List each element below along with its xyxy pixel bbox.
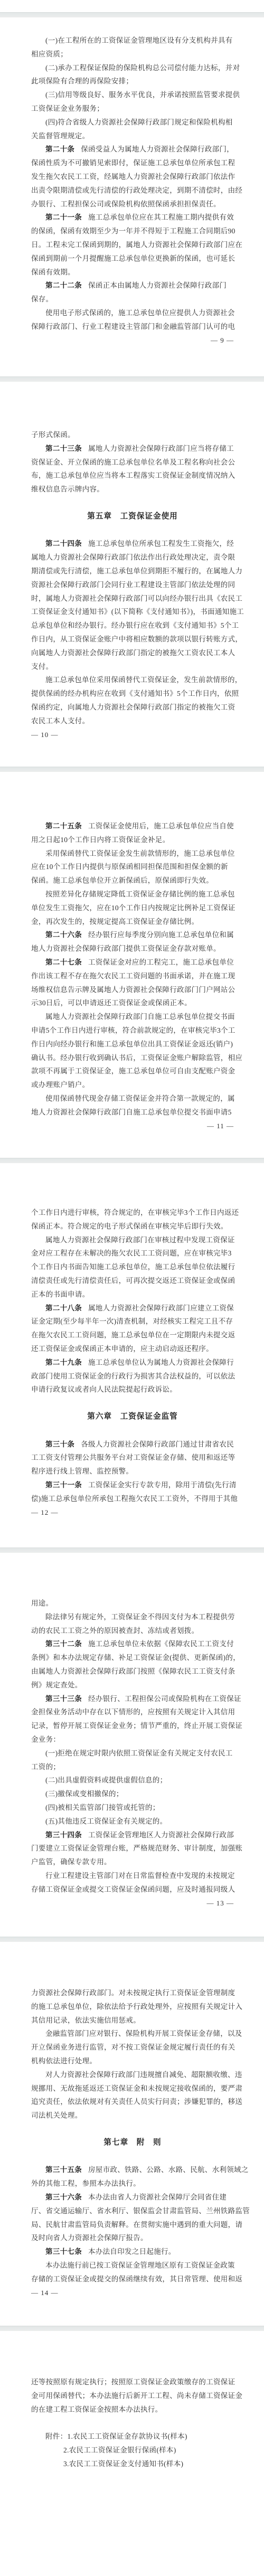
blank-line (31, 496, 234, 510)
text-line: 保存。 (31, 292, 234, 306)
text-line: 动的农民工工资之外的原因被查封、冻结或者划拨。 (31, 1624, 234, 1638)
article-line: 第二十一条施工总承包单位应在其工程施工期内提供有效 (31, 211, 234, 224)
text-line: 金，再次发生的，按规定提高工资保证金存储比例。 (31, 915, 234, 929)
text-line: 偿)施工总承包单位所承包工程拖欠农民工工资外，不得用于其他 (31, 1492, 234, 1506)
text-line: 金可用保函替代；本办法施行后新开工工程、尚未存储工资保证金 (31, 2389, 234, 2403)
blank-line (31, 2122, 234, 2136)
text-line: 属地人力资源社会保障行政部门依法作出行政处理决定，责令限 (31, 551, 234, 564)
text-line: 记录，暂停开展工资保证金业务；情节严重的，终止开展工资保证 (31, 1719, 234, 1733)
page-number: — 12 — (31, 1506, 234, 1520)
text-line: 机构依法进行处理。 (31, 2054, 234, 2068)
article-text: 工资保证金实行专款专用，除用于清偿(先行清 (88, 1481, 237, 1489)
blank-line (31, 2150, 234, 2164)
blank-line (31, 2416, 234, 2430)
text-line: 及时向省人力资源社会保障厅报告。 (31, 2231, 234, 2245)
text-line: 按照差异化存储规定降低工资保证金存储比例的施工总承包 (31, 888, 234, 901)
article-text: 属地人力资源社会保障行政部门应建立工资保 (88, 1304, 234, 1312)
article-line: 第二十三条属地人力资源社会保障行政部门应当将存储工 (31, 442, 234, 456)
text-line: 相应资质； (31, 48, 234, 61)
text-line: 金担保业务活动中存在以下情形的，应按照有关规定计入其信用 (31, 1705, 234, 1719)
text-line: 此项保险有合理的再保险安排； (31, 74, 234, 88)
article-text: 保函正本由属地人力资源社会保障行政部门 (88, 281, 227, 289)
previous-page-bottom (0, 0, 264, 12)
page-number: — 11 — (31, 1119, 234, 1133)
page-10: 子形式保函。第二十三条属地人力资源社会保障行政部门应当将存储工资保证金、开立保函… (0, 382, 264, 767)
text-line: 个工作日内进行审核，符合规定的，在审核完毕3个工作日内返还 (31, 1206, 234, 1220)
text-line: 保障行政部门、行业工程建设主管部门和金融监管部门认可的电 (31, 320, 234, 334)
article-number: 第二十条 (45, 145, 74, 153)
text-line: 在拖欠农民工工资问题，施工总承包单位在一定期限内未提交返 (31, 1328, 234, 1342)
text-line: 布，施工总承包单位应当将本工程落实工资保证金制度情况纳入 (31, 469, 234, 483)
text-line: 正本的书面申请。 (31, 1288, 234, 1301)
text-line: 款项不再属于工资保证金，施工总承包单位可自由支配账户资金 (31, 1064, 234, 1078)
page-15: 还等按照原有规定执行；按照原工资保证金政策缴存的工资保证金可用保函替代；本办法施… (0, 2331, 264, 2576)
text-line: 厅、省交通运输厅、省水利厅、银保监会甘肃监管局、兰州铁路监管 (31, 2204, 234, 2218)
text-line: 条例》和本办法规定存储、补足工资保证金(提供、更新保函)的， (31, 1651, 234, 1665)
page-9: (一)在工程所在的工资保证金管理地区设有分支机构并具有相应资质；(二)承办工程保… (0, 17, 264, 376)
chapter-heading: 第六章 工资保证金监管 (31, 1410, 234, 1424)
text-line: 规挪用、无故拖延返还工资保证金和未按规定接收保函的，要严肃 (31, 2082, 234, 2096)
article-line: 第二十六条经办银行应每季度分别向施工总承包单位和属 (31, 928, 234, 942)
page-separator (0, 376, 264, 382)
text-line: 力资源社会保障行政部门。对未按规定执行工资保证金管理制度 (31, 1986, 234, 2000)
text-line: (四)被相关监管部门接管或托管的； (31, 1801, 234, 1815)
text-line: 保函正本。符合规定的电子形式保函在审核完毕后即行失效。 (31, 1220, 234, 1233)
text-line: 使用电子形式保函的，施工总承包单位应提供人力资源社会 (31, 306, 234, 320)
text-line: 清偿责任或先行清偿责任后，可再次提交返还工资保证金或保函 (31, 1274, 234, 1288)
text-line: 关监督管理规定。 (31, 129, 234, 143)
text-line: 或办理账户销户。 (31, 1078, 234, 1092)
text-line: 作日内向经办银行和施工总承包单位出具工资保证金返还(销户) (31, 1037, 234, 1051)
document-scroll-view[interactable]: (一)在工程所在的工资保证金管理地区设有分支机构并具有相应资质；(二)承办工程保… (0, 0, 264, 2576)
text-line: 金对应工程存在未解决的拖欠农民工工资问题，应在审核完毕3 (31, 1247, 234, 1260)
text-line: 局、民航甘肃监管局负责解释。在贯彻实施中遇到的重大问题，请 (31, 2218, 234, 2232)
text-line: 3.农民工工资保证金支付通知书(样本) (31, 2457, 234, 2471)
article-number: 第三十三条 (45, 1695, 82, 1703)
article-line: 第二十九条施工总承包单位认为属地人力资源社会保障行 (31, 1356, 234, 1370)
article-line: 第三十四条工资保证金管理地区人力资源社会保障行政部 (31, 1828, 234, 1842)
article-number: 第二十一条 (45, 213, 82, 221)
text-line: 保函约定，向属地人力资源社会保障行政部门指定的被拖欠工资 (31, 701, 234, 714)
page-11: 第二十五条工资保证金使用后，施工总承包单位应当自使用之日起10个工作日内将工资保… (0, 772, 264, 1158)
article-line: 第二十四条施工总承包单位所承包工程发生工资拖欠，经 (31, 537, 234, 551)
text-line: 向属地人力资源社会保障行政部门指定的被拖欠工资农民工本人 (31, 646, 234, 660)
article-text: 工资保证金使用后，施工总承包单位应当自使 (88, 822, 234, 830)
page-number: — 13 — (31, 1896, 234, 1910)
page-13: 用途。除法律另有规定外，工资保证金不得因支付为本工程提供劳动的农民工工资之外的原… (0, 1553, 264, 1937)
article-text: 施工总承包单位应在其工程施工期内提供有效 (88, 213, 234, 221)
text-line: 保函性质为不可撤销见索即付，保证施工总承包单位所承包工程 (31, 156, 234, 170)
text-line: 存储工资保证金或提交工资保证金保函问题，应及时通报同级人 (31, 1883, 234, 1896)
text-line: (三)撤保或变相撤保的； (31, 1787, 234, 1801)
text-line: 提供保函的经办机构应在收到《支付通知书》5个工作日内，依照 (31, 687, 234, 701)
blank-line (31, 1396, 234, 1410)
text-line: 户监管，确保专款专用。 (31, 1855, 234, 1869)
text-line: (一)在工程所在的工资保证金管理地区设有分支机构并具有 (31, 34, 234, 48)
text-line: 工资的； (31, 1760, 234, 1774)
article-text: 本办法由省人力资源社会保障厅会同省住建 (88, 2193, 227, 2201)
text-line: 作日内，从工资保证金账户中将相应数额的款项以银行转账方式， (31, 633, 234, 646)
text-line: 保函有效期。 (31, 266, 234, 279)
text-line: 办银行、工程担保公司或保险机构依照保函承担担保责任。 (31, 197, 234, 211)
text-line: 地人力资源社会保障行政部门提供工资保证金存款对账单。 (31, 942, 234, 956)
page-separator (0, 1937, 264, 1942)
text-line: 还工资保证金或保函正本申请的，应主动启动返还程序。 (31, 1342, 234, 1356)
text-line: 个工作日内书面告知施工总承包单位，施工总承包单位依法履行 (31, 1260, 234, 1274)
article-line: 第三十七条本办法自印发之日起施行。 (31, 2245, 234, 2259)
page-separator (0, 12, 264, 17)
text-line: 总承包单位和经办银行。经办银行应在收到《支付通知书》5个工 (31, 619, 234, 633)
text-line: 证金定期(至少每半年一次)清查机制，对经核实工程完工且不存 (31, 1315, 234, 1328)
text-line: 的在建工程工资保证金按照本办法执行。 (31, 2403, 234, 2417)
text-line: 追究责任，依法依规对有关责任人员实行问责；涉嫌犯罪的，移送 (31, 2095, 234, 2109)
text-line: 例》规定查处。 (31, 1678, 234, 1692)
text-line: 2.农民工工资保证金银行保函(样本) (31, 2443, 234, 2457)
article-line: 第二十五条工资保证金使用后，施工总承包单位应当自使 (31, 819, 234, 833)
article-line: 第三十二条施工总承包单位未依据《保障农民工工资支付 (31, 1637, 234, 1651)
article-number: 第三十条 (45, 1440, 74, 1448)
text-line: 申请行政复议或者向人民法院提起行政诉讼。 (31, 1383, 234, 1396)
text-line: 由属地人力资源社会保障行政部门按照《保障农民工工资支付条 (31, 1665, 234, 1678)
text-line: 出责令限期清偿或先行清偿的行政处理决定，到期不清偿时，由经 (31, 184, 234, 197)
text-line: 的施工总承包单位，除依法给予行政处理外，应按照有关规定计入 (31, 2000, 234, 2014)
text-line: 行业工程建设主管部门对在日常监督检查中发现的未按规定 (31, 1869, 234, 1883)
text-line: 政部门使用工资保证金的行政行为损害其合法权益的，可以依法 (31, 1370, 234, 1383)
article-number: 第二十三条 (45, 445, 82, 452)
text-line: (一)拒绝在规定时限内依照工资保证金有关规定支付农民工 (31, 1747, 234, 1760)
article-text: 工资保证金对应的工程完工，施工总承包单位 (88, 958, 234, 966)
text-line: 资源社会保障行政部门会同行业工程建设主管部门依法处理的同 (31, 578, 234, 592)
text-line: 申请5个工作日内进行审核，符合前款规定的，在审核完毕3个工 (31, 1024, 234, 1037)
article-text: 经办银行、工程担保公司或保险机构在工资保证 (88, 1695, 241, 1703)
text-line: 子形式保函。 (31, 428, 234, 442)
text-line: 属地人力资源社会保障行政部门在审核过程中发现工资保证 (31, 1233, 234, 1247)
text-line: 发生拖欠农民工工资，经属地人力资源社会保障行政部门依法作 (31, 170, 234, 184)
page-number: — 10 — (31, 728, 234, 742)
text-line: 确认书。经办银行收到确认书后，工资保证金账户解除监管，相应 (31, 1051, 234, 1065)
article-line: 第三十五条房屋市政、铁路、公路、水路、民航、水利领域之 (31, 2163, 234, 2177)
text-line: 支付。 (31, 660, 234, 674)
text-line: 单位发生工资拖欠，应在10个工作日内按规定比例补足工资保证 (31, 901, 234, 915)
page-14: 力资源社会保障行政部门。对未按规定执行工资保证金管理制度的施工总承包单位，除依法… (0, 1942, 264, 2326)
text-line: 场维权信息告示牌及属地人力资源社会保障行政部门门户网站公 (31, 983, 234, 997)
text-line: 除法律另有规定外，工资保证金不得因支付为本工程提供劳 (31, 1610, 234, 1624)
text-line: 金业务： (31, 1733, 234, 1747)
article-text: 各级人力资源社会保障行政部门通过甘肃省农民 (81, 1440, 234, 1448)
text-line: 金融监管部门应对银行、保险机构开展工资保证金存储，以及 (31, 2027, 234, 2041)
article-number: 第二十六条 (45, 931, 82, 939)
text-line: 工资保证金业务服务； (31, 102, 234, 116)
article-line: 第二十条保函受益人为属地人力资源社会保障行政部门， (31, 143, 234, 156)
article-text: 施工总承包单位认为属地人力资源社会保障行 (88, 1358, 234, 1366)
text-line: 存储的工资保证金或提交的保函继续有效，其日常管理、使用和返 (31, 2272, 234, 2286)
article-number: 第二十九条 (45, 1358, 82, 1366)
article-text: 属地人力资源社会保障行政部门应当将存储工 (88, 445, 234, 452)
text-line: 用之日起10个工作日内将工资保证金补足。 (31, 833, 234, 847)
text-line: 日。工程未完工保函到期的，属地人力资源社会保障行政部门应在 (31, 238, 234, 252)
text-line: 期清偿或先行清偿，施工总承包单位到期拒不履行的，在属地人力 (31, 564, 234, 578)
text-line: 时，属地人力资源社会保障行政部门可以向经办银行出具《农民工 (31, 592, 234, 606)
article-text: 施工总承包单位未依据《保障农民工工资支付 (88, 1640, 234, 1648)
article-number: 第三十一条 (45, 1481, 82, 1489)
article-text: 经办银行应每季度分别向施工总承包单位和属 (88, 931, 234, 939)
page-number: — 14 — (31, 2286, 234, 2300)
text-line: 工资保证金支付通知书》(以下简称《支付通知书》)，书面通知施工 (31, 605, 234, 619)
text-line: (四)符合省级人力资源社会保障行政部门规定和保险机构相 (31, 116, 234, 129)
page-12: 个工作日内进行审核，符合规定的，在审核完毕3个工作日内返还保函正本。符合规定的电… (0, 1163, 264, 1548)
page-number: — 9 — (31, 334, 234, 347)
article-number: 第二十二条 (45, 281, 82, 289)
text-line: 还等按照原有规定执行；按照原工资保证金政策缴存的工资保证 (31, 2375, 234, 2389)
text-line: 示30日后，可以申请返还工资保证金或保函正本。 (31, 996, 234, 1010)
article-text: 房屋市政、铁路、公路、水路、民航、水利领域之 (88, 2166, 249, 2174)
page-separator (0, 1158, 264, 1163)
chapter-heading: 第五章 工资保证金使用 (31, 510, 234, 524)
text-line: 使用保函替代现金存储工资保证金并符合第一款规定的，属 (31, 1092, 234, 1106)
article-line: 第二十七条工资保证金对应的工程完工，施工总承包单位 (31, 956, 234, 969)
text-line: (二)承办工程保证保险的保险机构总公司偿付能力达标，并对 (31, 61, 234, 75)
article-text: 保函受益人为属地人力资源社会保障行政部门， (81, 145, 234, 153)
article-line: 第三十一条工资保证金实行专款专用，除用于清偿(先行清 (31, 1478, 234, 1492)
article-text: 工资保证金管理地区人力资源社会保障行政部 (88, 1831, 234, 1839)
article-number: 第三十二条 (45, 1640, 82, 1648)
article-text: 施工总承包单位所承包工程发生工资拖欠，经 (88, 540, 234, 548)
article-number: 第二十五条 (45, 822, 82, 830)
article-number: 第三十四条 (45, 1831, 82, 1839)
text-line: 作出该工程不存在拖欠农民工工资问题的书面承诺，并在施工现 (31, 969, 234, 983)
text-line: 维权信息告示牌内容。 (31, 483, 234, 496)
text-line: 司法机关处理。 (31, 2109, 234, 2122)
blank-line (31, 524, 234, 537)
article-number: 第二十七条 (45, 958, 82, 966)
text-line: 程序进行线上管理、监控预警。 (31, 1465, 234, 1478)
text-line: 开立保函业务进行监管，对不按工资保证金规定履行责任的有关 (31, 2041, 234, 2054)
article-number: 第二十八条 (45, 1304, 82, 1312)
article-number: 第三十六条 (45, 2193, 82, 2201)
page-separator (0, 2326, 264, 2331)
text-line: 工工资支付管理公共服务平台对工资保证金存储、使用和返还等 (31, 1451, 234, 1465)
text-line: (三)信用等级良好、服务水平优良，并承诺按照监管要求提供 (31, 88, 234, 102)
text-line: 本办法施行前已按工资保证金管理地区原有工资保证金政策 (31, 2259, 234, 2272)
text-line: 资保证金、开立保函的施工总承包单位名单及工程名称向社会公 (31, 456, 234, 469)
text-line: 地人力资源社会保障行政部门自施工总承包单位提交书面申请5 (31, 1106, 234, 1119)
page-separator (0, 767, 264, 772)
blank-line (31, 1424, 234, 1438)
text-line: (五)其他违反工资保证金有关规定的。 (31, 1815, 234, 1828)
text-line: 外的其他工程，参照本办法执行。 (31, 2177, 234, 2191)
article-line: 第三十三条经办银行、工程担保公司或保险机构在工资保证 (31, 1692, 234, 1706)
text-line: 农民工本人支付。 (31, 714, 234, 728)
text-line: 应在10个工作日内提供与原保函相同担保范围和担保金额的新 (31, 860, 234, 874)
text-line: 的保函，保函有效期至少为一年并不得短于工程施工合同期后90 (31, 224, 234, 238)
text-line: 门要建立工资保证金管理台账，严格规范财务、审计制度，加强账 (31, 1842, 234, 1855)
chapter-heading: 第七章 附 则 (31, 2136, 234, 2150)
article-number: 第三十五条 (45, 2166, 82, 2174)
document-pages: (一)在工程所在的工资保证金管理地区设有分支机构并具有相应资质；(二)承办工程保… (0, 12, 264, 2576)
text-line: 用途。 (31, 1597, 234, 1610)
article-line: 第二十二条保函正本由属地人力资源社会保障行政部门 (31, 279, 234, 292)
text-line: 附件：1.农民工工资保证金存款协议书(样本) (31, 2430, 234, 2443)
text-line: 施工总承包单位采用保函替代工资保证金，发生前款情形的， (31, 673, 234, 687)
text-line: (二)出具虚假资料或提供虚假信息的； (31, 1773, 234, 1787)
article-line: 第三十条各级人力资源社会保障行政部门通过甘肃省农民 (31, 1438, 234, 1451)
article-number: 第二十四条 (45, 540, 82, 548)
text-line: 对人力资源社会保障行政部门违规擅自减免、超限额收缴、违 (31, 2068, 234, 2082)
article-text: 本办法自印发之日起施行。 (88, 2248, 176, 2256)
article-line: 第二十八条属地人力资源社会保障行政部门应建立工资保 (31, 1301, 234, 1315)
text-line: 属地人力资源社会保障行政部门自施工总承包单位提交书面 (31, 1010, 234, 1024)
page-separator (0, 1548, 264, 1553)
text-line: 保函。施工总承包单位开立新保函后，原保函即行失效。 (31, 874, 234, 888)
text-line: 其信用记录，依法实施信用惩戒。 (31, 2014, 234, 2027)
text-line: 保函到期前一个月提醒施工总承包单位更换新的保函，也可延长 (31, 252, 234, 266)
article-line: 第三十六条本办法由省人力资源社会保障厅会同省住建 (31, 2191, 234, 2204)
article-number: 第三十七条 (45, 2248, 82, 2256)
text-line: 采用保函替代工资保证金发生前款情形的，施工总承包单位 (31, 847, 234, 861)
